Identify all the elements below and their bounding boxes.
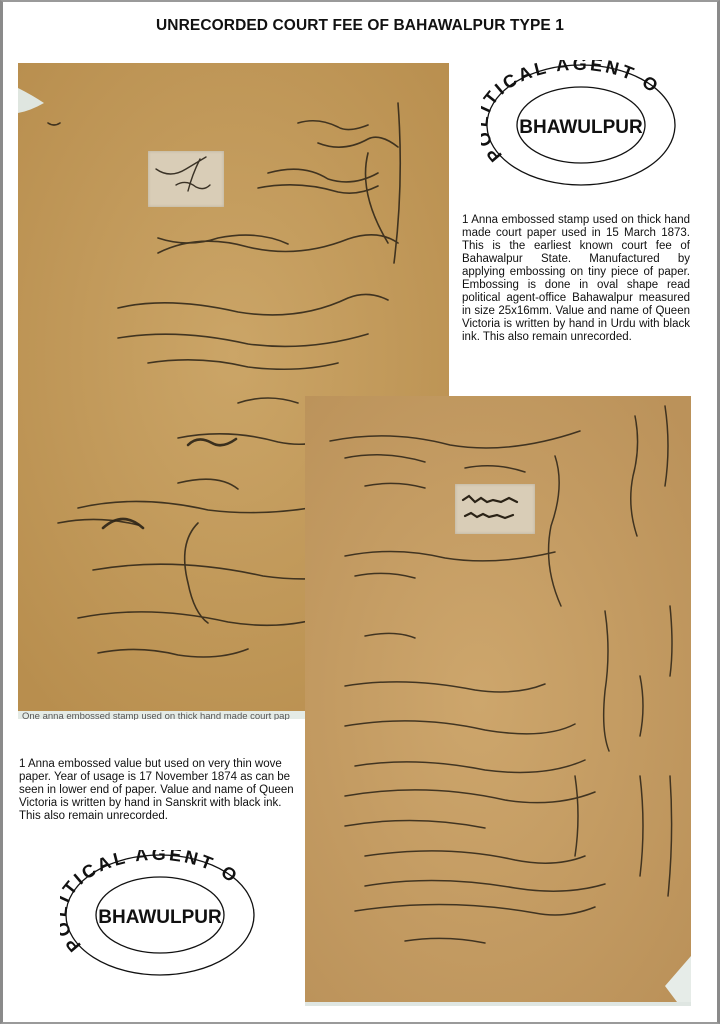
stamp-handwriting [148, 151, 224, 207]
oval-emboss-stamp-diagram-2: POLITICAL AGENT OFFICE BHAWULPUR [60, 850, 260, 980]
svg-text:POLITICAL AGENT OFFICE: POLITICAL AGENT OFFICE [60, 850, 243, 956]
stamp-handwriting [455, 484, 535, 534]
oval-center-text: BHAWULPUR [519, 117, 643, 138]
oval-outer-text: POLITICAL AGENT OFFICE [481, 60, 664, 166]
description-1874: 1 Anna embossed value but used on very t… [19, 758, 297, 823]
document-image-1874 [305, 396, 691, 1002]
document-1-caption-fragment: One anna embossed stamp used on thick ha… [22, 711, 312, 720]
oval-outer-text: POLITICAL AGENT OFFICE [60, 850, 243, 956]
page-title: UNRECORDED COURT FEE OF BAHAWALPUR TYPE … [0, 17, 720, 35]
description-1873: 1 Anna embossed stamp used on thick hand… [462, 214, 690, 344]
embossed-stamp-patch-1 [148, 151, 224, 207]
svg-text:POLITICAL AGENT OFFICE: POLITICAL AGENT OFFICE [481, 60, 664, 166]
document-2-bottom-edge [305, 1002, 691, 1006]
oval-emboss-stamp-diagram-1: POLITICAL AGENT OFFICE BHAWULPUR [481, 60, 681, 190]
embossed-stamp-patch-2 [455, 484, 535, 534]
oval-center-text: BHAWULPUR [98, 907, 222, 928]
